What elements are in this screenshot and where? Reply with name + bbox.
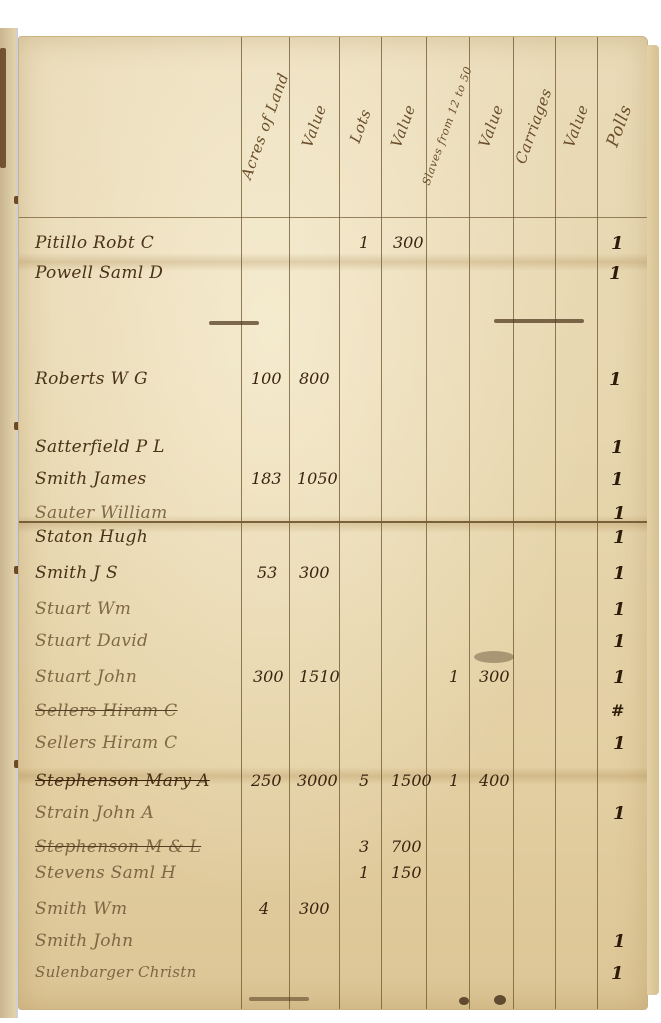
ink-blot [494, 995, 506, 1005]
ledger-row: Stevens Saml H 1 150 [19, 863, 647, 887]
header-label: Value [560, 102, 592, 150]
slaves-value-cell: 300 [479, 667, 510, 686]
taxpayer-name: Staton Hugh [35, 527, 148, 547]
polls-cell: 1 [611, 469, 624, 490]
taxpayer-name: Smith James [35, 469, 147, 489]
polls-cell: 1 [609, 263, 622, 284]
taxpayer-name: Stevens Saml H [35, 863, 176, 883]
polls-cell: # [611, 701, 624, 720]
header-label: Value [475, 102, 507, 150]
acres-value-cell: 1510 [299, 667, 340, 686]
acres-value-cell: 3000 [297, 771, 338, 790]
header-carriages: Carriages [513, 41, 555, 211]
ledger-row: Roberts W G 100 800 1 [19, 369, 647, 393]
acres-cell: 250 [251, 771, 282, 790]
slaves-value-cell: 400 [479, 771, 510, 790]
lots-value-cell: 700 [391, 837, 422, 856]
taxpayer-name: Satterfield P L [35, 437, 165, 457]
acres-value-cell: 300 [299, 563, 330, 582]
polls-cell: 1 [613, 667, 626, 688]
ledger-page: Acres of Land Value Lots Value Slaves fr… [18, 36, 648, 1010]
taxpayer-name: Pitillo Robt C [35, 233, 154, 253]
acres-cell: 53 [257, 563, 277, 582]
taxpayer-name: Stephenson M & L [35, 837, 201, 857]
ledger-row: Pitillo Robt C 1 300 1 [19, 233, 647, 257]
ledger-row: Sellers Hiram C 1 [19, 733, 647, 757]
ledger-row: Sauter William 1 [19, 503, 647, 527]
ledger-row: Powell Saml D 1 [19, 263, 647, 287]
header-label: Value [298, 102, 330, 150]
ink-smudge [249, 997, 309, 1001]
taxpayer-name: Stuart Wm [35, 599, 131, 619]
header-rule [19, 217, 647, 218]
header-label: Polls [603, 102, 637, 149]
lots-cell: 3 [359, 837, 369, 856]
ledger-row: Strain John A 1 [19, 803, 647, 827]
taxpayer-name: Stuart David [35, 631, 148, 651]
header-polls: Polls [597, 41, 643, 211]
acres-cell: 4 [259, 899, 269, 918]
lots-value-cell: 300 [393, 233, 424, 252]
previous-page-edge [0, 28, 18, 1018]
taxpayer-name: Sulenbarger Christn [35, 963, 197, 981]
page-edge-flap [647, 45, 659, 995]
ledger-row: Smith Wm 4 300 [19, 899, 647, 923]
polls-cell: 1 [613, 527, 626, 548]
polls-cell: 1 [613, 733, 626, 754]
header-label: Acres of Land [237, 70, 292, 181]
header-slaves: Slaves from 12 to 50 [426, 41, 469, 211]
taxpayer-name: Smith Wm [35, 899, 127, 919]
ledger-row: Stuart John 300 1510 1 300 1 [19, 667, 647, 691]
previous-page-ink-mark [0, 48, 6, 168]
lots-cell: 1 [359, 233, 369, 252]
header-lots-value: Value [381, 41, 426, 211]
slaves-cell: 1 [449, 771, 459, 790]
ledger-row: Stuart Wm 1 [19, 599, 647, 623]
taxpayer-name: Powell Saml D [35, 263, 163, 283]
taxpayer-name: Stuart John [35, 667, 137, 687]
polls-cell: 1 [613, 931, 626, 952]
ink-smudge [494, 319, 584, 323]
polls-cell: 1 [611, 963, 624, 984]
acres-value-cell: 1050 [297, 469, 338, 488]
lots-cell: 1 [359, 863, 369, 882]
polls-cell: 1 [613, 631, 626, 652]
header-label: Value [387, 102, 419, 150]
taxpayer-name: Sauter William [35, 503, 168, 523]
lots-cell: 5 [359, 771, 369, 790]
polls-cell: 1 [611, 437, 624, 458]
header-label: Slaves from 12 to 50 [420, 65, 474, 187]
acres-value-cell: 800 [299, 369, 330, 388]
taxpayer-name-struck: Sellers Hiram C [35, 701, 177, 721]
ledger-row: Sulenbarger Christn 1 [19, 963, 647, 987]
header-label: Carriages [512, 86, 556, 167]
ledger-row: Staton Hugh 1 [19, 527, 647, 551]
polls-cell: 1 [609, 369, 622, 390]
header-carriages-value: Value [555, 41, 597, 211]
taxpayer-name: Roberts W G [35, 369, 148, 389]
ledger-row: Smith J S 53 300 1 [19, 563, 647, 587]
acres-cell: 300 [253, 667, 284, 686]
slaves-cell: 1 [449, 667, 459, 686]
taxpayer-name: Smith J S [35, 563, 118, 583]
ledger-row: Satterfield P L 1 [19, 437, 647, 461]
header-slaves-value: Value [469, 41, 513, 211]
ledger-row: Sellers Hiram C # [19, 701, 647, 725]
ink-blot [459, 997, 469, 1005]
header-acres: Acres of Land [241, 41, 289, 211]
polls-cell: 1 [611, 233, 624, 254]
polls-cell: 1 [613, 503, 626, 524]
ledger-row: Stephenson Mary A 250 3000 5 1500 1 400 [19, 771, 647, 795]
lots-value-cell: 1500 [391, 771, 432, 790]
taxpayer-name: Stephenson Mary A [35, 771, 210, 791]
taxpayer-name: Sellers Hiram C [35, 733, 177, 753]
polls-cell: 1 [613, 803, 626, 824]
taxpayer-name: Strain John A [35, 803, 154, 823]
polls-cell: 1 [613, 563, 626, 584]
ledger-row: Stuart David 1 [19, 631, 647, 655]
ledger-row: Smith James 183 1050 1 [19, 469, 647, 493]
ledger-row: Smith John 1 [19, 931, 647, 955]
ink-smudge [209, 321, 259, 325]
acres-cell: 183 [251, 469, 282, 488]
acres-value-cell: 300 [299, 899, 330, 918]
ledger-row: Stephenson M & L 3 700 [19, 837, 647, 861]
header-acres-value: Value [289, 41, 339, 211]
header-lots: Lots [339, 41, 381, 211]
header-label: Lots [346, 107, 375, 146]
taxpayer-name: Smith John [35, 931, 133, 951]
polls-cell: 1 [613, 599, 626, 620]
lots-value-cell: 150 [391, 863, 422, 882]
acres-cell: 100 [251, 369, 282, 388]
